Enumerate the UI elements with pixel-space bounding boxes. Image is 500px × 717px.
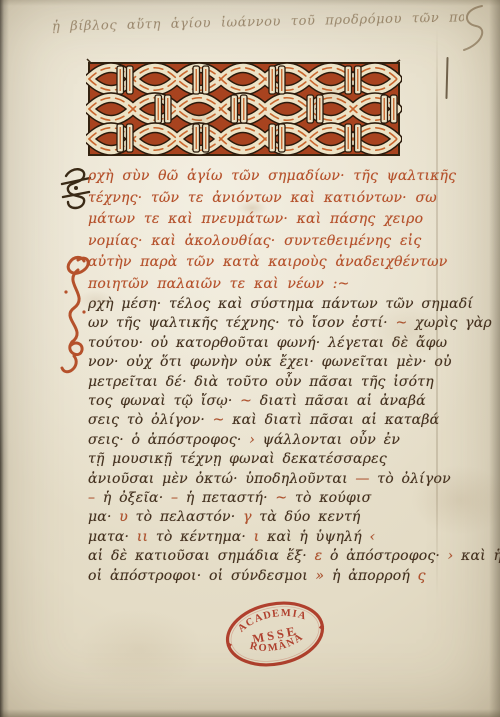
text-line: μάτων τε καὶ πνευμάτων· καὶ πάσης χειρο <box>88 209 426 231</box>
headpiece-band <box>89 63 399 155</box>
text-line: σεις· ὁ ἀπόστροφος· › ψάλλονται οὖν ἐν <box>88 431 430 450</box>
text-line: ματα· ιι τὸ κέντημα· ι καὶ ἡ ὑψηλή ‹ <box>88 528 430 547</box>
text-line: μα· υ τὸ πελαστόν· γ τὰ δύο κεντή <box>88 508 430 527</box>
text-line: τούτου· οὐ κατορθοῦται φωνή· λέγεται δὲ … <box>88 334 430 353</box>
text-line: ποιητῶν παλαιῶν τε καὶ νέων :~ <box>88 274 426 296</box>
text-line: νον· οὐχ ὅτι φωνὴν οὐκ ἔχει· φωνεῖται μὲ… <box>88 353 430 372</box>
manuscript-page: ᾗ βίβλος αὕτη ἁγίου ἰωάννου τοῦ προδρόμο… <box>0 0 500 717</box>
stamp-left-star-icon: ◆ <box>226 640 233 649</box>
text-line: τέχνης· τῶν τε ἀνιόντων καὶ κατιόντων· σ… <box>88 188 426 210</box>
main-text-block: ρχὴ μέση· τέλος καὶ σύστημα πάντων τῶν σ… <box>88 295 430 586</box>
text-line: ἀνιοῦσαι μὲν ὀκτώ· ὑποδηλοῦνται — τὸ ὀλί… <box>88 470 430 489</box>
annotation-tail-flourish-icon <box>452 2 492 56</box>
interlace-headpiece <box>86 58 402 159</box>
library-stamp: ACADEMIA MSSE ROMÂNĂ ◆ ◆ <box>206 585 344 684</box>
ex-libris-annotation: ᾗ βίβλος αὕτη ἁγίου ἰωάννου τοῦ προδρόμο… <box>52 10 464 34</box>
text-line: οἱ ἀπόστροφοι· οἱ σύνδεσμοι » ἡ ἀπορροή … <box>88 567 430 586</box>
text-line: ρχὴ μέση· τέλος καὶ σύστημα πάντων τῶν σ… <box>88 295 430 314</box>
text-line: – ἡ ὀξεῖα· – ἡ πεταστή· ~ τὸ κούφισ <box>88 489 430 508</box>
text-line: σεις τὸ ὀλίγον· ~ καὶ διατὶ πᾶσαι αἱ κατ… <box>88 411 430 430</box>
text-line: αὐτὴν παρὰ τῶν κατὰ καιροὺς ἀναδειχθέντω… <box>88 252 426 274</box>
text-line: τος φωναὶ τῷ ἴσῳ· ~ διατὶ πᾶσαι αἱ ἀναβά <box>88 392 430 411</box>
margin-pen-stroke <box>445 57 448 99</box>
rubric-block: ρχὴ σὺν θῶ ἁγίω τῶν σημαδίων· τῆς ψαλτικ… <box>88 166 426 296</box>
stamp-right-star-icon: ◆ <box>318 622 325 631</box>
text-line: ρχὴ σὺν θῶ ἁγίω τῶν σημαδίων· τῆς ψαλτικ… <box>88 166 426 188</box>
text-line: νομίας· καὶ ἀκολουθίας· συντεθειμένης εἰ… <box>88 231 426 253</box>
text-line: ων τῆς ψαλτικῆς τέχνης· τὸ ἴσον ἐστί· ~ … <box>88 314 430 333</box>
text-line: μετρεῖται δέ· διὰ τοῦτο οὖν πᾶσαι τῆς ἰσ… <box>88 373 430 392</box>
text-line: τῇ μουσικῇ τέχνῃ φωναὶ δεκατέσσαρες <box>88 450 430 469</box>
parchment-crease <box>436 28 438 598</box>
text-line: αἱ δὲ κατιοῦσαι σημάδια ἕξ· ε ὁ ἀπόστροφ… <box>88 547 430 566</box>
